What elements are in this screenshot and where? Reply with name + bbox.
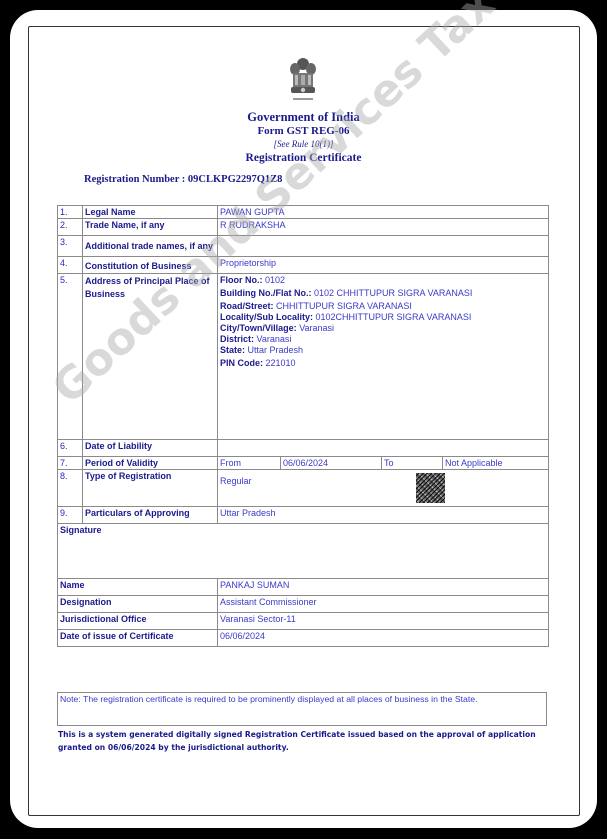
- address-label: Locality/Sub Locality:: [220, 312, 313, 322]
- validity-from-label: From: [218, 457, 281, 470]
- issue-date-value: 06/06/2024: [218, 630, 549, 647]
- table-row: 3. Additional trade names, if any: [58, 236, 549, 257]
- field-label: Additional trade names, if any: [83, 236, 218, 257]
- display-note: Note: The registration certificate is re…: [57, 692, 547, 726]
- registration-number: Registration Number : 09CLKPG2297Q1Z8: [84, 174, 282, 185]
- district-value: Varanasi: [257, 334, 292, 344]
- row-number: 5.: [58, 274, 83, 440]
- field-label: Legal Name: [83, 206, 218, 219]
- locality-value: 0102CHHITTUPUR SIGRA VARANASI: [316, 312, 472, 322]
- signature-label: Signature: [58, 524, 549, 579]
- table-row: Jurisdictional Office Varanasi Sector-11: [58, 613, 549, 630]
- footer-disclaimer: This is a system generated digitally sig…: [58, 728, 538, 754]
- jurisdictional-office-value: Varanasi Sector-11: [218, 613, 549, 630]
- address-label: State:: [220, 345, 245, 355]
- table-row: Date of issue of Certificate 06/06/2024: [58, 630, 549, 647]
- registration-type-cell: Regular: [218, 470, 549, 507]
- table-row: 4. Constitution of Business Proprietorsh…: [58, 257, 549, 274]
- registration-type-value: Regular: [220, 471, 252, 486]
- row-number: 2.: [58, 219, 83, 236]
- table-row: Name PANKAJ SUMAN: [58, 579, 549, 596]
- row-number: 8.: [58, 470, 83, 507]
- signature-row: Signature: [58, 524, 549, 579]
- field-label: Date of Liability: [83, 440, 218, 457]
- address-label: PIN Code:: [220, 358, 263, 368]
- form-name: Form GST REG-06: [0, 125, 607, 137]
- registration-details-table: 1. Legal Name PAWAN GUPTA 2. Trade Name,…: [57, 205, 549, 647]
- issue-date-label: Date of issue of Certificate: [58, 630, 218, 647]
- rule-reference: [See Rule 10(1)]: [0, 139, 607, 149]
- row-number: 9.: [58, 507, 83, 524]
- address-label: City/Town/Village:: [220, 323, 297, 333]
- address-label: Road/Street:: [220, 301, 274, 311]
- address-value: Floor No.: 0102 Building No./Flat No.: 0…: [218, 274, 549, 440]
- legal-name-value: PAWAN GUPTA: [218, 206, 549, 219]
- date-of-liability-value: [218, 440, 549, 457]
- row-number: 3.: [58, 236, 83, 257]
- table-row: 6. Date of Liability: [58, 440, 549, 457]
- approving-authority-value: Uttar Pradesh: [218, 507, 549, 524]
- table-row: 9. Particulars of Approving Uttar Prades…: [58, 507, 549, 524]
- qr-code-icon: [416, 473, 445, 503]
- jurisdictional-office-label: Jurisdictional Office: [58, 613, 218, 630]
- validity-to-value: Not Applicable: [443, 457, 549, 470]
- trade-name-value: R RUDRAKSHA: [218, 219, 549, 236]
- designation-value: Assistant Commissioner: [218, 596, 549, 613]
- certificate-title: Registration Certificate: [0, 152, 607, 164]
- designation-label: Designation: [58, 596, 218, 613]
- constitution-value: Proprietorship: [218, 257, 549, 274]
- table-row: 7. Period of Validity From 06/06/2024 To…: [58, 457, 549, 470]
- officer-name-value: PANKAJ SUMAN: [218, 579, 549, 596]
- table-row: 2. Trade Name, if any R RUDRAKSHA: [58, 219, 549, 236]
- building-value: 0102 CHHITTUPUR SIGRA VARANASI: [314, 288, 472, 298]
- additional-trade-names-value: [218, 236, 549, 257]
- field-label: Period of Validity: [83, 457, 218, 470]
- row-number: 6.: [58, 440, 83, 457]
- field-label: Constitution of Business: [83, 257, 218, 274]
- row-number: 7.: [58, 457, 83, 470]
- address-label: Floor No.:: [220, 275, 263, 285]
- row-number: 4.: [58, 257, 83, 274]
- state-value: Uttar Pradesh: [248, 345, 304, 355]
- field-label: Particulars of Approving: [83, 507, 218, 524]
- national-emblem-icon: [285, 56, 321, 108]
- address-label: Building No./Flat No.:: [220, 288, 312, 298]
- table-row: 5. Address of Principal Place of Busines…: [58, 274, 549, 440]
- government-title: Government of India: [0, 110, 607, 125]
- city-value: Varanasi: [299, 323, 334, 333]
- officer-name-label: Name: [58, 579, 218, 596]
- table-row: Designation Assistant Commissioner: [58, 596, 549, 613]
- road-value: CHHITTUPUR SIGRA VARANASI: [276, 301, 412, 311]
- field-label: Trade Name, if any: [83, 219, 218, 236]
- field-label: Address of Principal Place of Business: [83, 274, 218, 440]
- floor-value: 0102: [265, 275, 285, 285]
- table-row: 1. Legal Name PAWAN GUPTA: [58, 206, 549, 219]
- field-label: Type of Registration: [83, 470, 218, 507]
- table-row: 8. Type of Registration Regular: [58, 470, 549, 507]
- validity-from-value: 06/06/2024: [281, 457, 382, 470]
- address-label: District:: [220, 334, 254, 344]
- pin-value: 221010: [266, 358, 296, 368]
- validity-to-label: To: [382, 457, 443, 470]
- row-number: 1.: [58, 206, 83, 219]
